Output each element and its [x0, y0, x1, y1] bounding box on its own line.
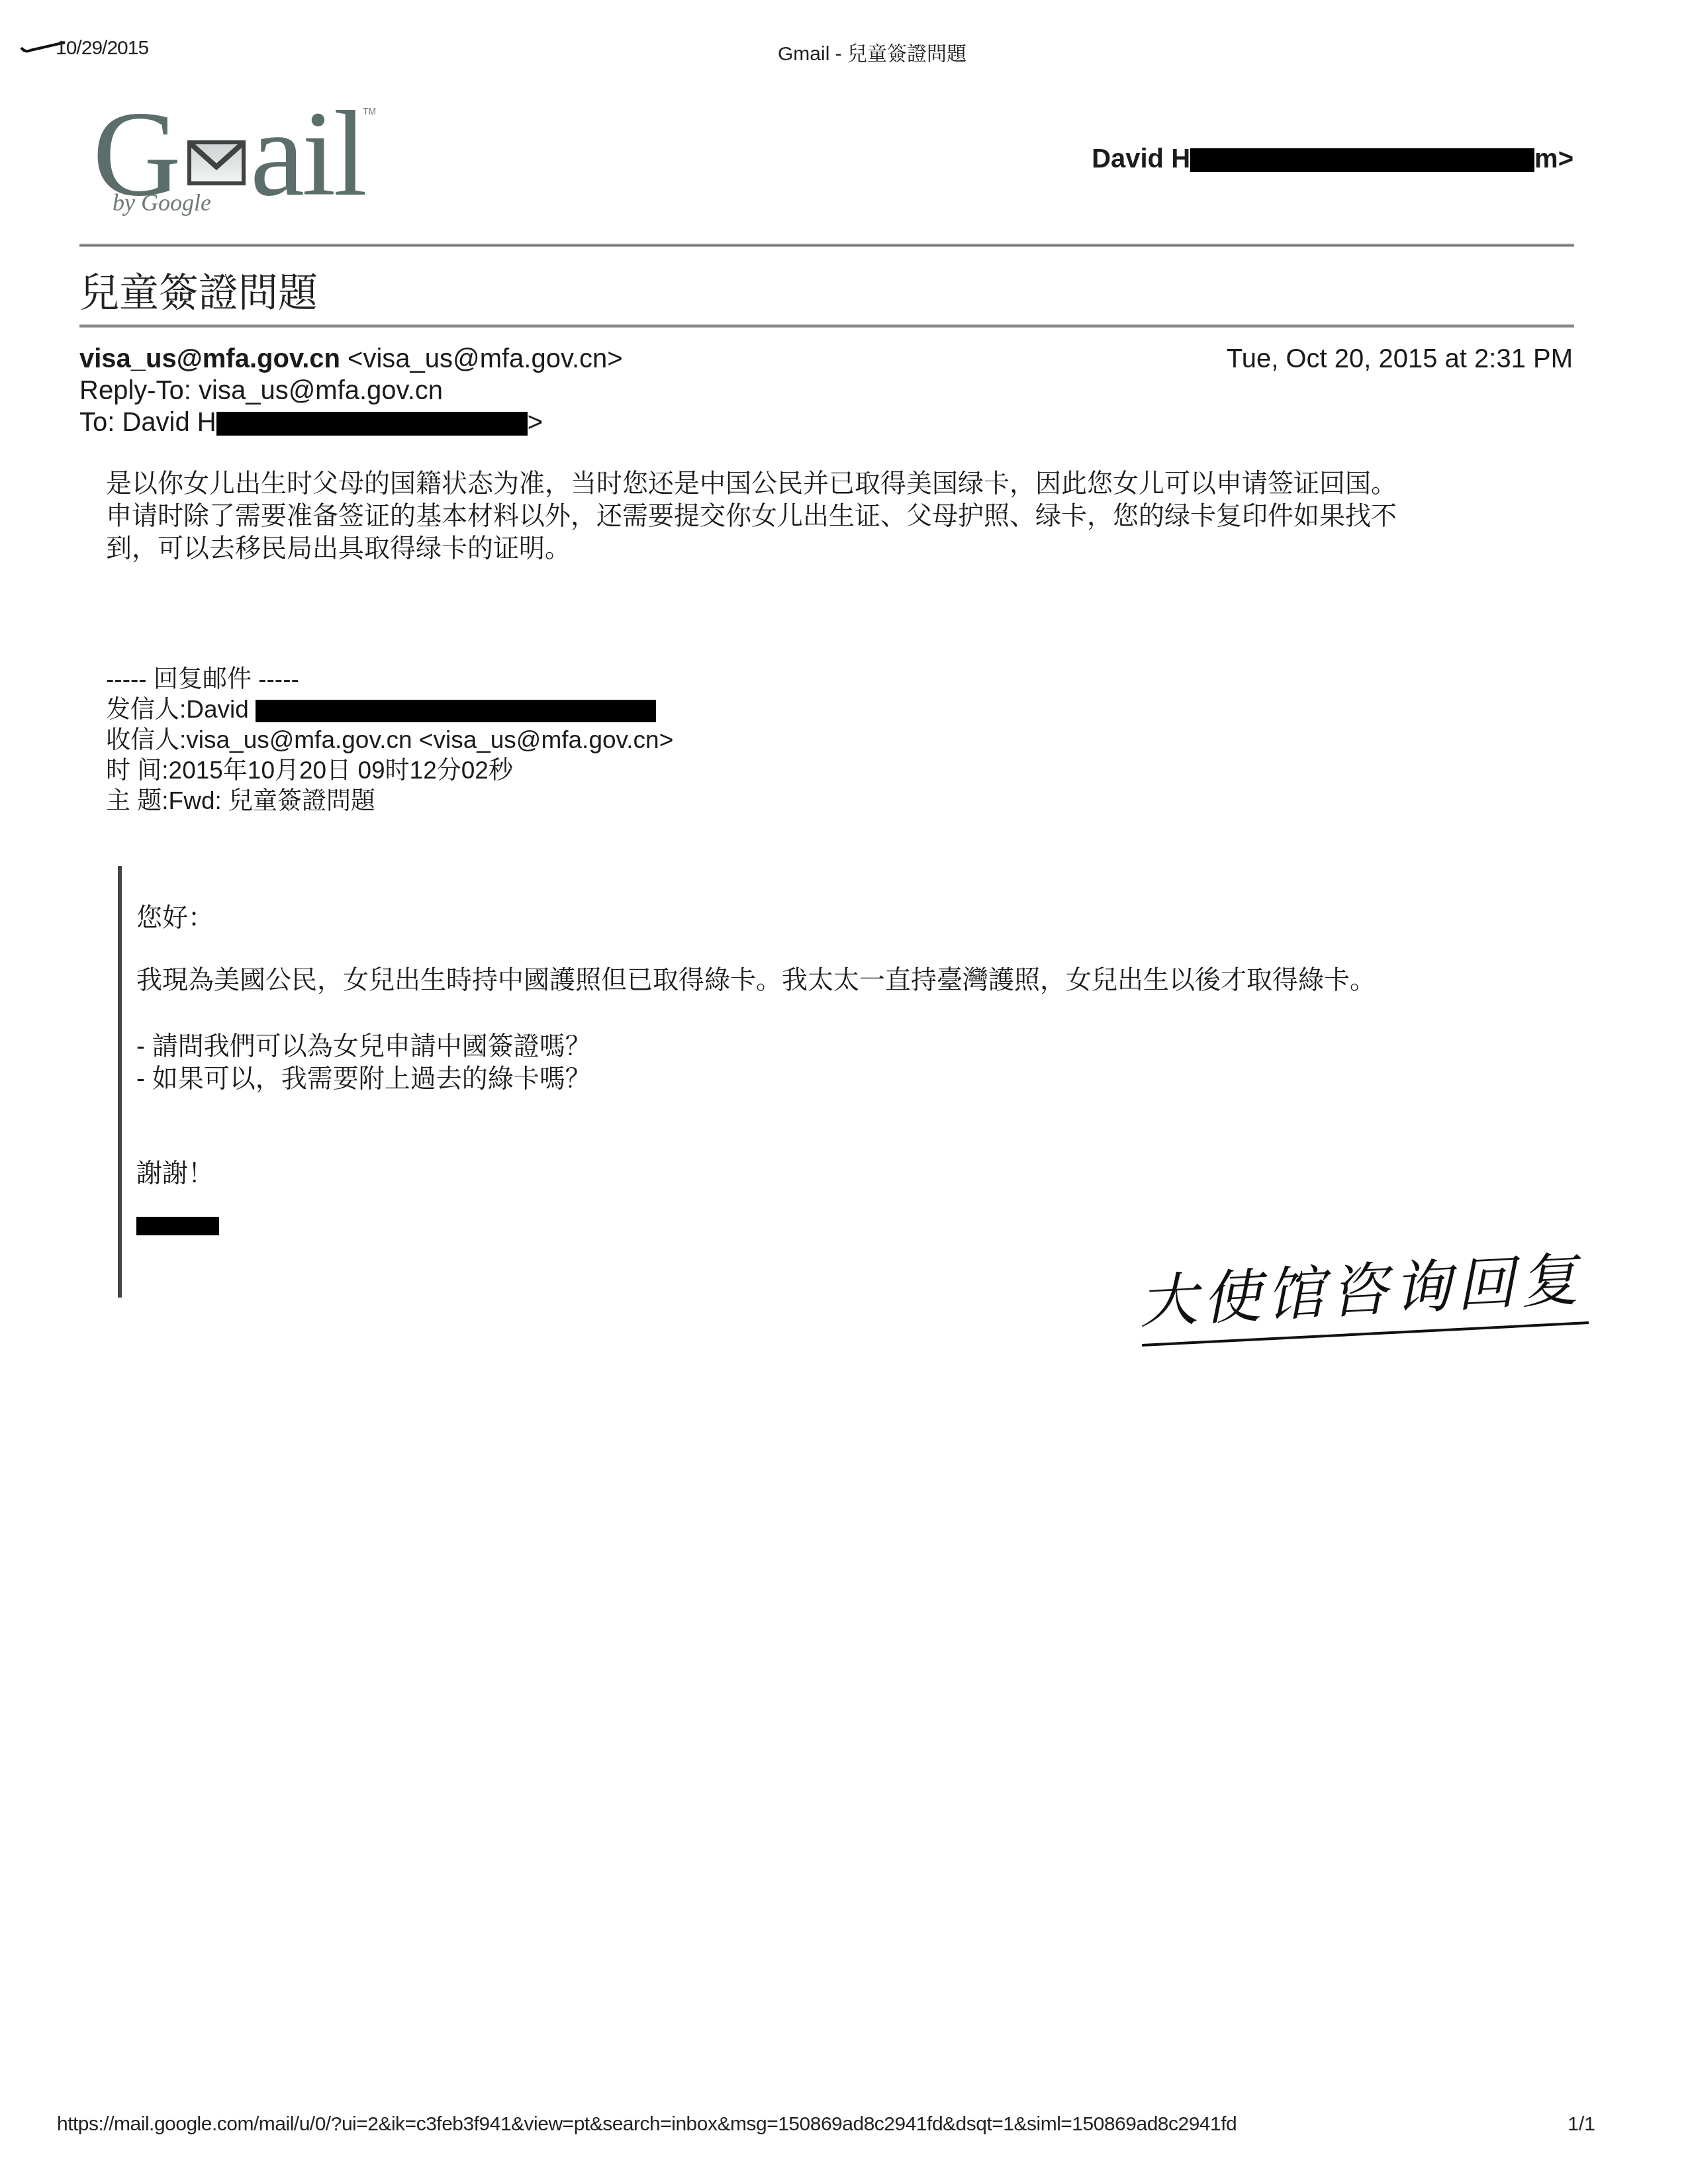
redaction-bar [216, 412, 528, 436]
sender-email: <visa_us@mfa.gov.cn> [348, 344, 623, 373]
subject-value: Fwd: 兒童簽證問題 [169, 787, 375, 814]
body-line: 是以你女儿出生时父母的国籍状态为准，当时您还是中国公民并已取得美国绿卡，因此您女… [106, 467, 1562, 500]
reply-to-address: visa_us@mfa.gov.cn [199, 376, 443, 405]
quoted-thanks: 謝謝！ [136, 1157, 214, 1190]
time-label: 时 间: [106, 757, 169, 784]
quoted-sender: 发信人:David [106, 694, 673, 725]
body-line: 申请时除了需要准备签证的基本材料以外，还需要提交你女儿出生证、父母护照、绿卡，您… [106, 500, 1562, 532]
message-to: To: David H> [79, 408, 543, 438]
gmail-logo: G ail TM by Google [93, 93, 371, 225]
recipient-label: 收信人: [106, 726, 186, 753]
message-body: 是以你女儿出生时父母的国籍状态为准，当时您还是中国公民并已取得美国绿卡，因此您女… [106, 467, 1562, 565]
message-reply-to: Reply-To: visa_us@mfa.gov.cn [79, 376, 443, 406]
quoted-recipient: 收信人:visa_us@mfa.gov.cn <visa_us@mfa.gov.… [106, 725, 673, 755]
time-value: 2015年10月20日 09时12分02秒 [169, 757, 513, 784]
reply-to-label: Reply-To: [79, 376, 191, 405]
sender-label: 发信人: [106, 696, 186, 723]
to-suffix: > [528, 408, 543, 437]
redaction-bar [1190, 148, 1534, 172]
handwritten-underline [1139, 1317, 1595, 1351]
account-name: David H [1092, 144, 1190, 173]
to-label: To: [79, 408, 115, 437]
recipient-value: visa_us@mfa.gov.cn <visa_us@mfa.gov.cn> [186, 726, 673, 753]
message-date: Tue, Oct 20, 2015 at 2:31 PM [1227, 344, 1573, 374]
divider [79, 244, 1574, 247]
envelope-icon [187, 140, 246, 185]
quoted-greeting: 您好： [136, 902, 214, 934]
question-item: - 如果可以，我需要附上過去的綠卡嗎？ [136, 1063, 591, 1095]
logo-ail: ail [250, 93, 365, 215]
subject-label: 主 题: [106, 787, 169, 814]
quoted-header: ----- 回复邮件 ----- 发信人:David 收信人:visa_us@m… [106, 664, 673, 816]
print-date: 10/29/2015 [56, 37, 148, 60]
message-from: visa_us@mfa.gov.cn <visa_us@mfa.gov.cn> [79, 344, 623, 374]
question-item: - 請問我們可以為女兒申請中國簽證嗎？ [136, 1030, 591, 1063]
to-name: David H [122, 408, 216, 437]
quoted-paragraph: 我現為美國公民，女兒出生時持中國護照但已取得綠卡。我太太一直持臺灣護照，女兒出生… [136, 964, 1376, 996]
logo-trademark: TM [363, 106, 376, 117]
quoted-signature [136, 1217, 219, 1235]
print-page-title: Gmail - 兒童簽證問題 [778, 37, 966, 66]
divider [79, 324, 1574, 328]
sender-name: visa_us@mfa.gov.cn [79, 344, 340, 373]
page-number: 1/1 [1568, 2113, 1595, 2136]
redaction-bar [256, 700, 656, 722]
account-identity: David Hm> [1092, 144, 1573, 174]
account-email-suffix: m> [1534, 144, 1573, 173]
redaction-bar [136, 1217, 219, 1235]
quoted-subject: 主 题:Fwd: 兒童簽證問題 [106, 786, 673, 816]
quoted-questions: - 請問我們可以為女兒申請中國簽證嗎？ - 如果可以，我需要附上過去的綠卡嗎？ [136, 1030, 591, 1095]
logo-byline: by Google [113, 189, 211, 216]
thread-subject: 兒童簽證問題 [79, 261, 318, 318]
print-url: https://mail.google.com/mail/u/0/?ui=2&i… [57, 2113, 1237, 2136]
quoted-time: 时 间:2015年10月20日 09时12分02秒 [106, 755, 673, 786]
quoted-separator: ----- 回复邮件 ----- [106, 664, 673, 694]
quoted-message: 您好： 我現為美國公民，女兒出生時持中國護照但已取得綠卡。我太太一直持臺灣護照，… [118, 866, 1508, 1298]
sender-name: David [186, 696, 249, 723]
body-line: 到，可以去移民局出具取得绿卡的证明。 [106, 532, 1562, 565]
